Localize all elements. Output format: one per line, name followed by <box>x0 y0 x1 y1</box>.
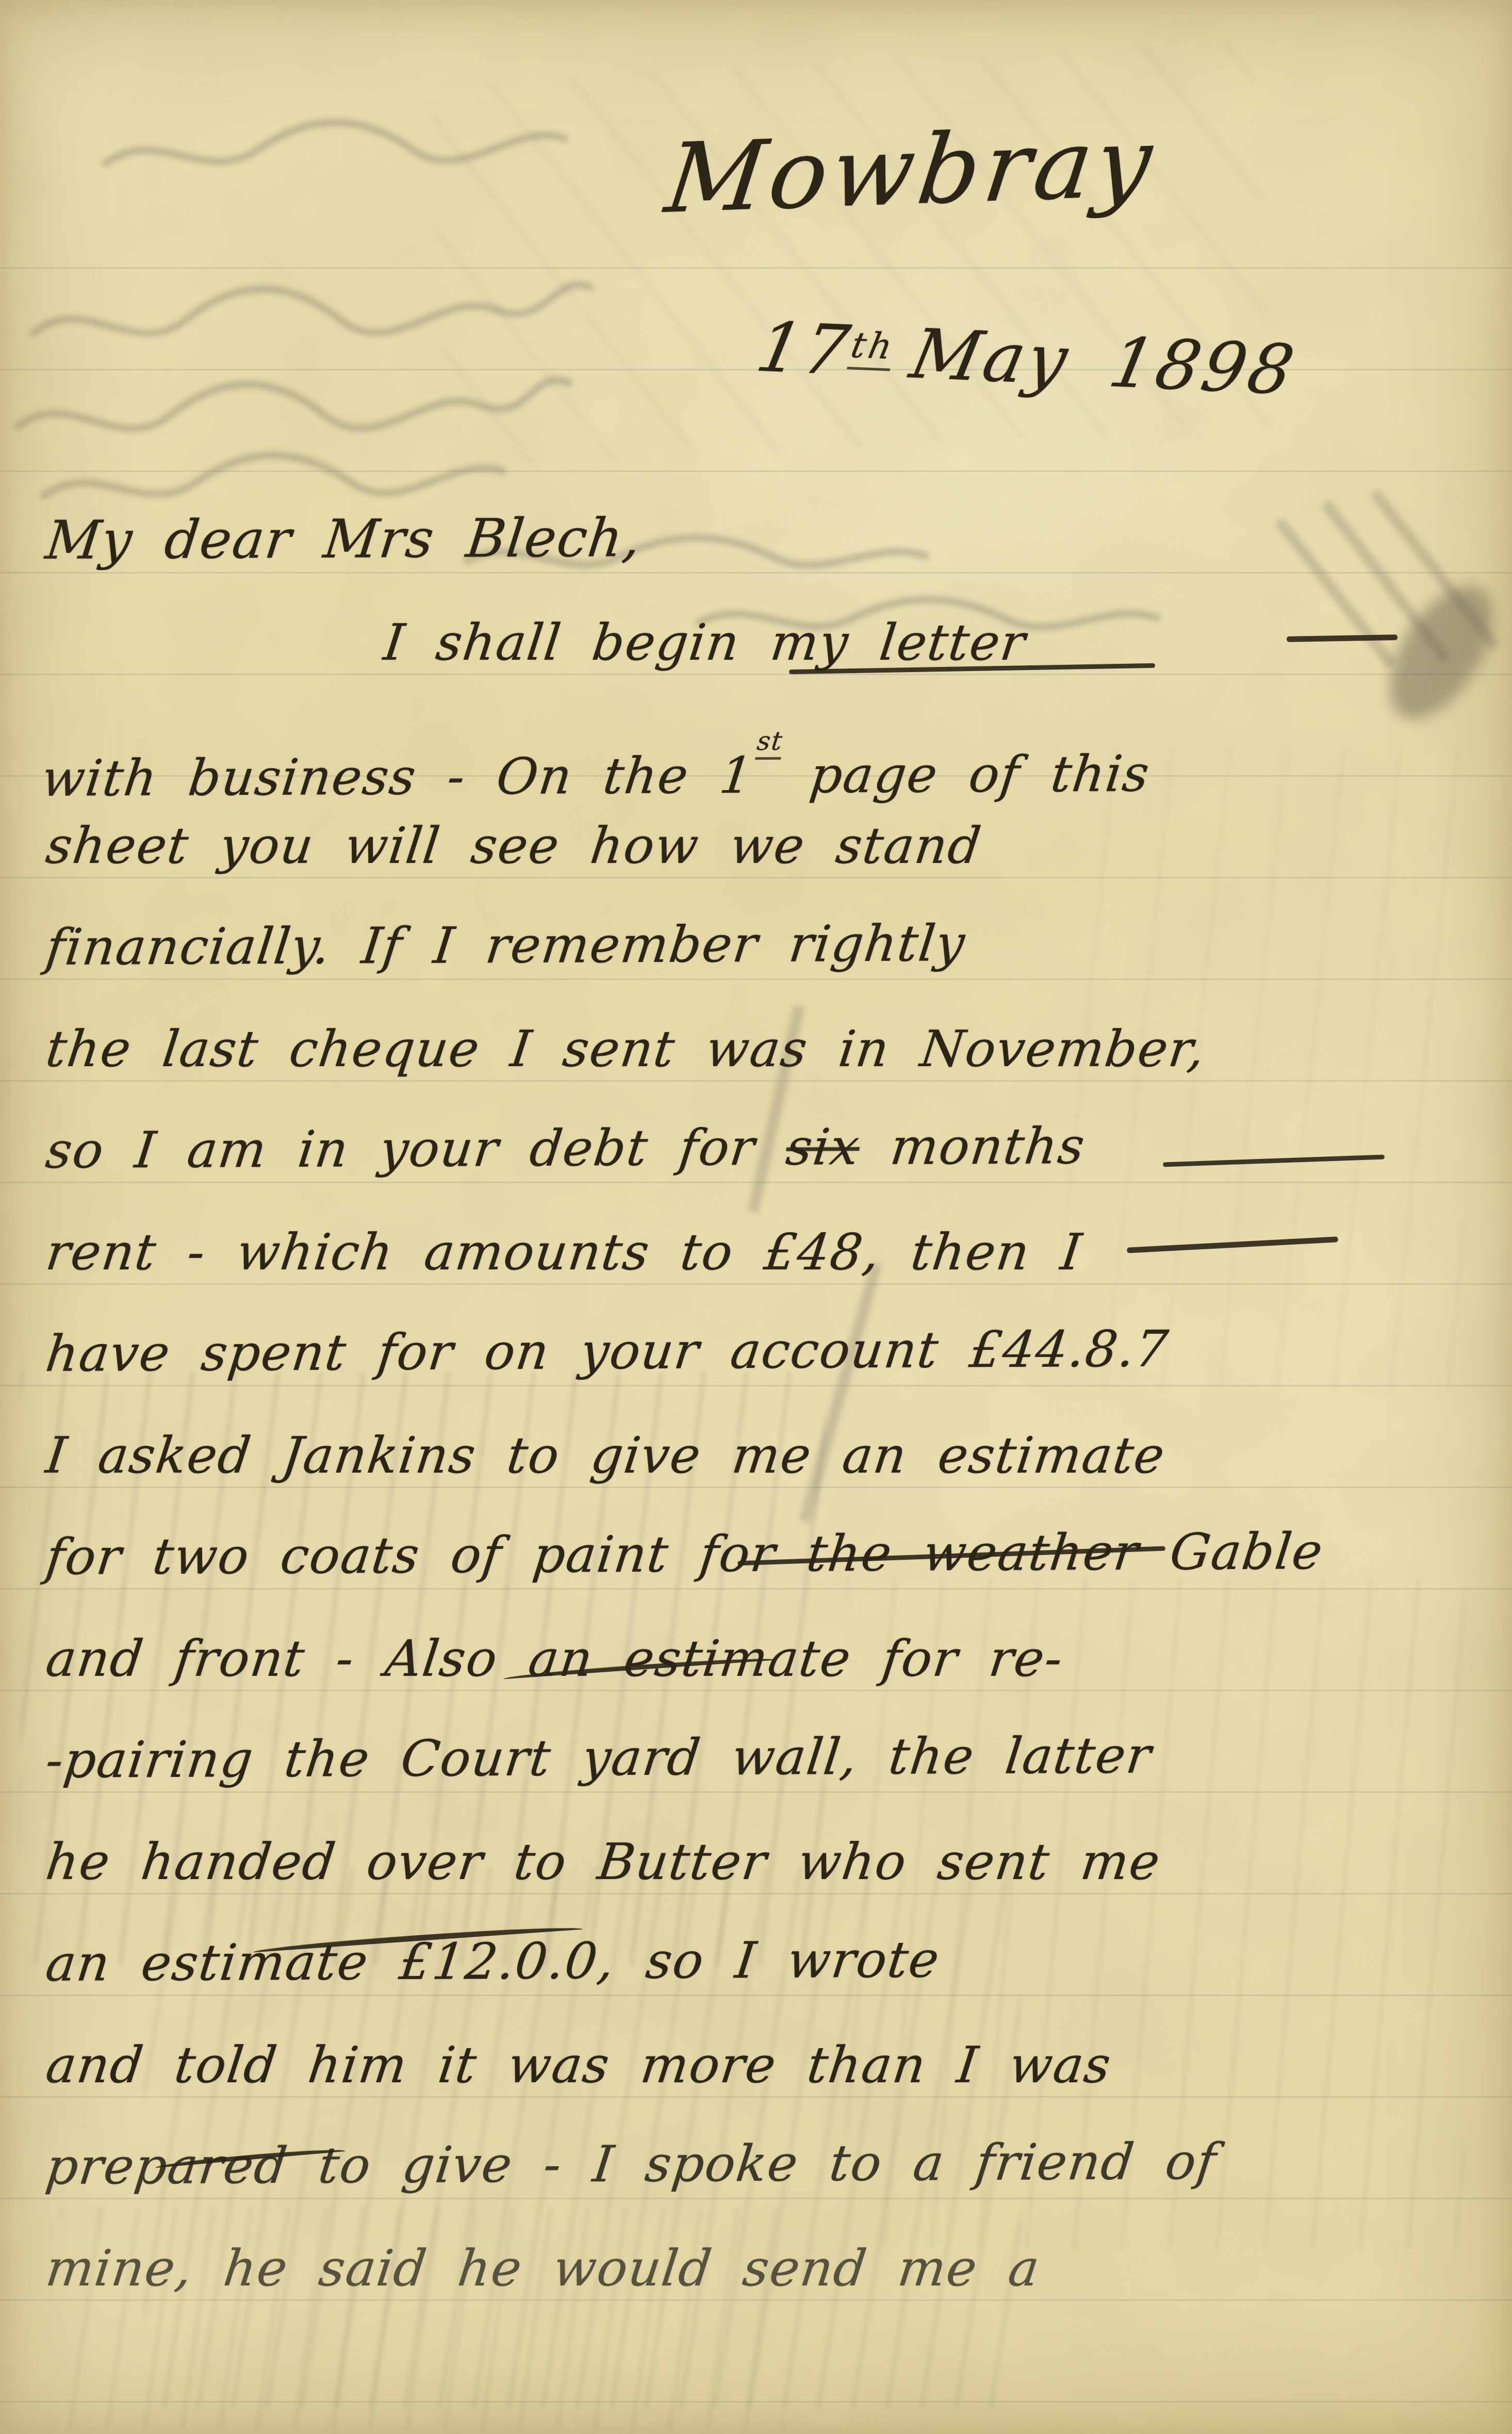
letter-line: financially. If I remember rightly <box>40 890 1512 998</box>
letter-line: for two coats of paint for the weather G… <box>40 1500 1512 1608</box>
letter-line: rent - which amounts to £48, then I <box>40 1201 1512 1303</box>
letter-line: and front - Also an estimate for re- <box>40 1608 1512 1709</box>
letter-page: Mowbray 17thMay 1898 My dear Mrs Blech, … <box>0 0 1512 2434</box>
letter-line: the last cheque I sent was in November, <box>40 998 1512 1100</box>
letter-line: so I am in your debt for six months <box>40 1093 1512 1201</box>
letter-line: -pairing the Court yard wall, the latter <box>40 1703 1512 1811</box>
letter-date: 17thMay 1898 <box>750 307 1303 411</box>
ordinal-superscript: st <box>755 726 785 760</box>
date-day: 17 <box>750 307 859 391</box>
letter-line: prepared to give - I spoke to a friend o… <box>40 2110 1512 2217</box>
letter-line: with business - On the 1st page of this <box>40 687 1512 795</box>
line-segment: so I am in your debt for <box>43 1118 790 1180</box>
letter-line: an estimate £12.0.0, so I wrote <box>40 1906 1512 2014</box>
bleedthrough-streaks <box>429 41 1273 470</box>
letter-line: sheet you will see how we stand <box>40 795 1512 896</box>
date-ordinal: th <box>847 324 899 371</box>
struck-word: six <box>783 1118 863 1177</box>
letter-line: he handed over to Butter who sent me <box>40 1811 1512 1913</box>
salutation: My dear Mrs Blech, <box>40 484 1512 592</box>
date-month-year: May 1898 <box>904 314 1303 410</box>
letter-line: mine, he said he would send me a <box>40 2217 1512 2319</box>
letter-line: have spent for on your account £44.8.7 <box>40 1297 1512 1404</box>
letter-body: My dear Mrs Blech, I shall begin my lett… <box>40 490 1512 2319</box>
letter-place: Mowbray <box>660 106 1162 235</box>
letter-line: and told him it was more than I was <box>40 2014 1512 2116</box>
line-segment: months <box>856 1117 1089 1176</box>
letter-line: I shall begin my letter <box>40 592 1512 693</box>
letter-line: I asked Jankins to give me an estimate <box>40 1404 1512 1506</box>
